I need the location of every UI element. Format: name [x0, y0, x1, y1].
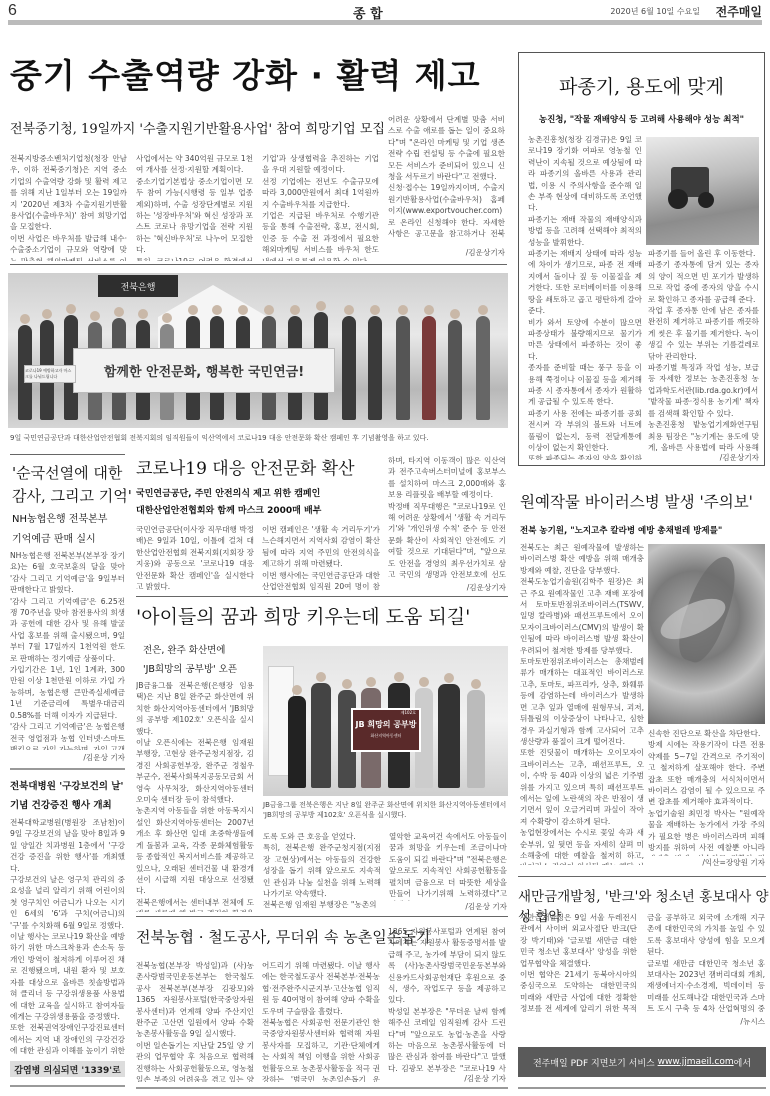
divider	[136, 596, 508, 597]
lead-headline: 중기 수출역량 강화 · 활력 제고	[10, 50, 481, 97]
virus-subhead: 전북 농기원, "노지고추 칼라병 예방 총채벌레 방제를"	[520, 524, 722, 536]
seeder-col-2: 파종기를 들어 올린 후 이동한다. 파종기 종자통에 담겨 있는 종자의 양이…	[648, 248, 759, 452]
pdf-service-banner: 전주매일 PDF 지면보기 서비스 www.jjmaeil.com에서	[518, 1047, 766, 1077]
lead-col-2: 사업에서는 약 340억원 규모로 1천 여 개사를 선정·지원할 계획이다. …	[136, 153, 253, 261]
lead-byline: /김운상기자	[388, 247, 505, 258]
virus-byline: /익산=장양원 기자	[648, 857, 765, 868]
header-rule	[8, 20, 762, 25]
jb-photo-caption: JB금융그룹 전북은행은 지난 8일 완주군 화산면에 위치한 화산지역아동센터…	[263, 800, 508, 820]
divider	[518, 1087, 766, 1089]
issue-date: 2020년 6월 10일 수요일	[610, 6, 700, 17]
nhrail-col-2: 어드리기 위해 마련됐다. 이날 행사에는 한국철도공사 전북본부·전북농협·전…	[262, 960, 380, 1082]
site-link[interactable]: www.jjmaeil.com	[658, 1057, 734, 1067]
divider	[518, 876, 766, 877]
jb-col-2: 도록 도와 큰 호응을 얻었다. 특히, 전북은행 완주군청지점(지점장 고현상…	[263, 831, 381, 911]
covid-hotline-notice: 감염병 의심되면 '1339'로	[10, 1061, 125, 1077]
lead-col-3: 기업'과 상생협력을 추진하는 기업을 우대 지원할 예정이다. 선정 기업에는…	[262, 153, 379, 261]
dental-headline-2: 기념 건강증진 행사 개최	[10, 797, 112, 811]
jb-headline: '아이들의 꿈과 희망 키우는데 도움 되길'	[136, 602, 470, 629]
bank-sign: 전북은행	[98, 275, 178, 297]
jb-donation-board: 제102호 JB 희망의 공부방 화산지역아동센터	[351, 708, 421, 752]
memorial-byline: /김운상 기자	[10, 752, 125, 763]
campaign-photo: 전북은행 함께한 안전문화, 행복한 국민연금! 코로나19 예방하고자 마스크…	[8, 273, 508, 428]
divider	[136, 916, 508, 917]
jb-subhead-2: 'JB희망의 공부방' 오픈	[143, 661, 237, 675]
jb-subhead-1: 전은, 완주 화산면에	[143, 642, 225, 656]
corona-subhead-2: 대한산업안전협회와 함께 마스크 2000매 배부	[136, 503, 321, 516]
saemangeum-col-1: 새만금개발청은 9일 서울 두레전시관에서 사이버 외교사절단 반크(단장 박기…	[520, 912, 637, 1014]
jb-col-1: JB금융그룹 전북은행(은행장 임용택)은 지난 8일 완주군 화산면에 위치한…	[136, 680, 254, 912]
virus-col-2: 신속한 진단으로 확산을 차단한다. 방제 시에는 작용기작이 다른 전용약제를…	[648, 728, 765, 856]
saemangeum-byline: /뉴시스	[647, 1016, 765, 1027]
nhrail-headline: 전북농협 · 철도공사, 무더위 속 농촌일손돕기	[136, 926, 430, 947]
lead-col-1: 전북지방중소벤처기업청(청장 안남우, 이하 전북중기청)은 지역 중소기업의 …	[10, 153, 127, 261]
memorial-headline-2: 감사, 그리고 기억'	[12, 485, 132, 506]
memorial-subhead-1: NH농협은행 전북본부	[12, 510, 107, 525]
memorial-subhead-2: 기억예금 판매 실시	[12, 530, 96, 545]
divider	[10, 768, 125, 770]
memorial-headline-1: '순국선열에 대한	[12, 462, 122, 483]
jb-col-3: 열악한 교육여건 속에서도 아동들이 꿈과 희망을 키우는데 조금이나마 도움이…	[389, 831, 507, 901]
corona-col-2: 이번 캠페인은 '생활 속 거리두기'가 느슨해지면서 지역사회 감염이 확산됨…	[262, 524, 380, 594]
jb-byline: /김운상 기자	[389, 901, 507, 912]
tractor-photo	[646, 137, 759, 245]
seeder-subhead: 농진청, "작물 재배양식 등 고려해 사용해야 성능 최적"	[518, 113, 765, 125]
campaign-photo-caption: 9일 국민연금공단과 대한산업안전협회 전북지회의 임직원들이 익산역에서 코로…	[10, 433, 510, 443]
divider	[136, 1087, 508, 1089]
nhrail-col-3: 1365 자원봉사포털과 연계된 참여자에게는 자원봉사 활동증명서를 발급해 …	[388, 926, 506, 1074]
lead-col-4: 어려운 상황에서 단계별 맞춤 서비스로 수출 애로를 돕는 일이 중요하다"며…	[388, 114, 505, 240]
corona-col-1: 국민연금공단(이사장 직무대행 박정배)은 9일과 10일, 이틀에 걸쳐 대한…	[136, 524, 254, 594]
pdf-service-suffix: 에서	[734, 1056, 751, 1069]
memorial-body: NH농협은행 전북본부(본부장 장기요)는 6월 호국보훈의 달을 맞아 '감사…	[10, 550, 125, 750]
dental-headline-1: 전북대병원 '구강보건의 날'	[10, 778, 123, 792]
nhrail-col-1: 전북농협(본부장 박성일)과 (사)농촌사랑범국민운동본부는 한국철도공사 전북…	[136, 960, 254, 1082]
seeder-col-1: 농촌진흥청(청장 김경규)은 9일 코로나19 장기화 여파로 영농철 인력난이…	[528, 134, 642, 460]
divider	[10, 454, 125, 455]
virus-col-1: 전북도는 최근 원예작물에 발생하는 바이러스병 확산 예방을 위해 매개충 방…	[520, 542, 644, 865]
divider	[10, 1085, 125, 1087]
seeder-headline: 파종기, 용도에 맞게	[518, 72, 765, 99]
saemangeum-col-2: 금을 공부하고 외국에 소개해 지구촌에 대한민국의 가치를 높일 수 있도록 …	[647, 912, 765, 1014]
paper-name: 전주매일	[716, 3, 762, 20]
page-number: 6	[8, 2, 17, 20]
lead-subhead: 전북중기청, 19일까지 '수출지원기반활용사업' 참여 희망기업 모집	[10, 118, 385, 137]
divider	[10, 264, 507, 265]
nhrail-byline: /김운상 기자	[388, 1073, 506, 1084]
corona-byline: /김운상기자	[388, 582, 506, 593]
jb-photo: 제102호 JB 희망의 공부방 화산지역아동센터	[263, 646, 508, 796]
pdf-service-text: 전주매일 PDF 지면보기 서비스	[533, 1056, 655, 1069]
corona-subhead-1: 국민연금공단, 주민 안전의식 제고 위한 캠페인	[136, 486, 320, 499]
seeder-byline: /김운상기자	[648, 452, 759, 463]
page-header: 6 종 합 2020년 6월 10일 수요일 전주매일	[8, 0, 762, 22]
corona-headline: 코로나19 대응 안전문화 확산	[136, 454, 355, 479]
pepper-leaf-photo	[648, 544, 765, 724]
campaign-banner: 함께한 안전문화, 행복한 국민연금!	[73, 348, 335, 393]
dental-body: 전북대학교병원(병원장 조남천)이 9일 구강보건의 날을 맞아 8일과 9일 …	[10, 817, 125, 1057]
corona-col-3: 하며, 타지역 이동객이 많은 익산역과 전주고속버스터미널에 홍보부스를 설치…	[388, 455, 506, 580]
virus-headline: 원예작물 바이러스병 발생 '주의보'	[520, 490, 753, 512]
sign-left: 코로나19 예방하고자 마스크를 나눠드립니다	[24, 365, 76, 383]
